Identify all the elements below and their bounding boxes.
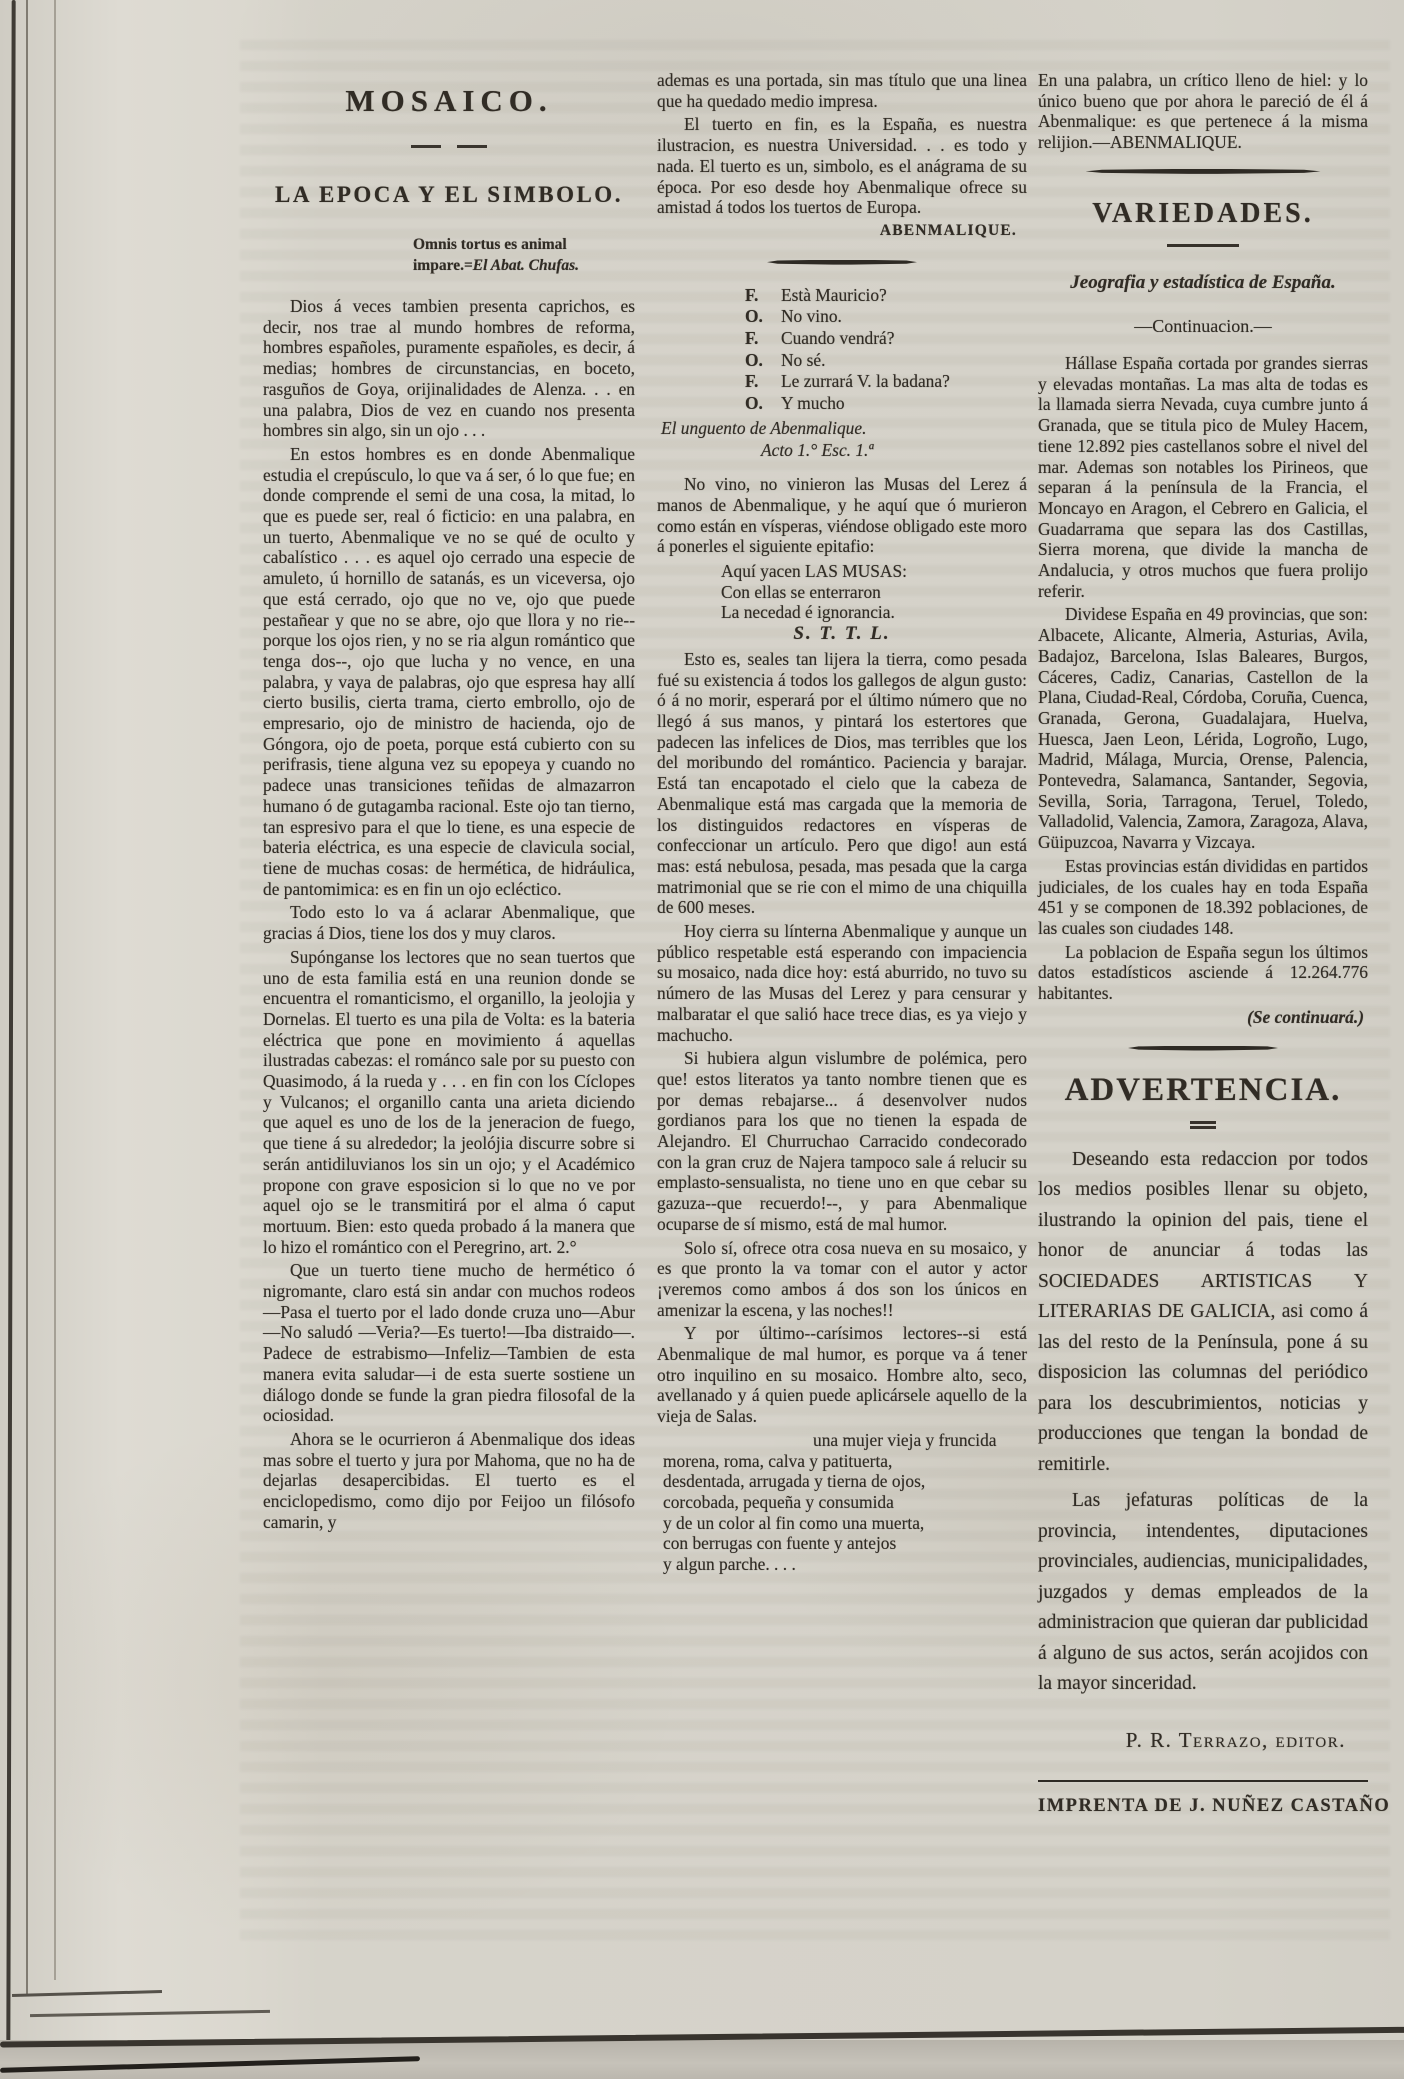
- epitaph-verse: Aquí yacen LAS MUSAS:Con ellas se enterr…: [721, 561, 1027, 623]
- column-middle: ademas es una portada, sin mas título qu…: [657, 70, 1027, 1575]
- ornament-rule: [1190, 1121, 1216, 1129]
- double-dash-rule: [404, 145, 494, 148]
- text-line: Con ellas se enterraron: [721, 582, 1027, 603]
- paragraph: Deseando esta redaccion por todos los me…: [1038, 1145, 1368, 1481]
- page-edge-left-3: [54, 0, 56, 1980]
- column-left: MOSAICO. LA EPOCA Y EL SIMBOLO. Omnis to…: [263, 84, 635, 1535]
- article-title-left: LA EPOCA Y EL SIMBOLO.: [263, 182, 635, 208]
- dialogue-text: Cuando vendrá?: [781, 328, 894, 348]
- paragraph: Esto es, seales tan lijera la tierra, co…: [657, 649, 1027, 918]
- signature-abenmalique: ABENMALIQUE.: [657, 221, 1017, 242]
- page-corner-step-2: [30, 2010, 270, 2017]
- dialogue-text: Y mucho: [781, 393, 845, 413]
- variedades-heading: VARIEDADES.: [1038, 198, 1368, 230]
- paragraph: Ahora se le ocurrieron á Abenmalique dos…: [263, 1429, 635, 1533]
- dialogue-line: O.No vino.: [745, 306, 1027, 327]
- text-line: La necedad é ignorancia.: [721, 602, 1027, 623]
- text-line: con berrugas con fuente y antejos: [663, 1533, 1027, 1554]
- paragraph: Solo sí, ofrece otra cosa nueva en su mo…: [657, 1238, 1027, 1321]
- column-right: En una palabra, un crítico lleno de hiel…: [1038, 70, 1368, 1817]
- dialogue-speaker: O.: [745, 306, 781, 327]
- to-be-continued: (Se continuará.): [1038, 1007, 1364, 1028]
- paragraph: Dividese España en 49 provincias, que so…: [1038, 604, 1368, 852]
- dialogue-line: O.Y mucho: [745, 393, 1027, 414]
- epitaph-intro: No vino, no vinieron las Musas del Lerez…: [657, 474, 1027, 557]
- ornamental-divider: [1086, 169, 1321, 174]
- article-body-left: Dios á veces tambien presenta caprichos,…: [263, 296, 635, 1532]
- satirical-verse: una mujer vieja y fruncidamorena, roma, …: [663, 1430, 1027, 1575]
- text-line: y de un color al fin como una muerta,: [663, 1513, 1027, 1534]
- paragraph: Hoy cierra su línterna Abenmalique y aun…: [657, 921, 1027, 1045]
- text-line: corcobada, pequeña y consumida: [663, 1492, 1027, 1513]
- dialogue-text: Està Mauricio?: [781, 285, 887, 305]
- paragraph: Dios á veces tambien presenta caprichos,…: [263, 296, 635, 441]
- dialogue-text: No sé.: [781, 350, 825, 370]
- dialogue-speaker: F.: [745, 371, 781, 392]
- paragraph: Hállase España cortada por grandes sierr…: [1038, 353, 1368, 601]
- article-body-middle-top: ademas es una portada, sin mas título qu…: [657, 70, 1027, 218]
- dialogue-speaker: O.: [745, 350, 781, 371]
- newspaper-page: MOSAICO. LA EPOCA Y EL SIMBOLO. Omnis to…: [0, 0, 1404, 2079]
- paragraph: ademas es una portada, sin mas título qu…: [657, 70, 1027, 111]
- paragraph: Las jefaturas políticas de la provincia,…: [1038, 1486, 1368, 1700]
- epigraph-line-1: Omnis tortus es animal: [413, 234, 635, 255]
- section-masthead: MOSAICO.: [263, 84, 635, 118]
- section-divider-2: [1128, 1046, 1278, 1051]
- imprint-line: IMPRENTA DE J. NUÑEZ CASTAÑO: [1038, 1796, 1368, 1817]
- dialogue-source-act: Acto 1.° Esc. 1.ª: [761, 440, 1027, 461]
- page-corner-step: [12, 1990, 162, 1997]
- dialogue-text: No vino.: [781, 306, 842, 326]
- paragraph: Todo esto lo va á aclarar Abenmalique, q…: [263, 902, 635, 943]
- dialogue-line: F.Cuando vendrá?: [745, 328, 1027, 349]
- paragraph: En estos hombres es en donde Abenmalique…: [263, 444, 635, 899]
- epigraph-line-2: impare.=El Abat. Chufas.: [413, 255, 635, 276]
- page-edge-left-2: [26, 0, 28, 1995]
- text-line: desdentada, arrugada y tierna de ojos,: [663, 1471, 1027, 1492]
- text-line: y algun parche. . . .: [663, 1554, 1027, 1575]
- dialogue-text: Le zurrará V. la badana?: [781, 371, 950, 391]
- dialogue-speaker: F.: [745, 285, 781, 306]
- epitaph-sttl: S. T. T. L.: [657, 624, 1027, 645]
- text-line: una mujer vieja y fruncida: [663, 1430, 1027, 1451]
- paragraph: La poblacion de España segun los últimos…: [1038, 942, 1368, 1004]
- dialogue-speaker: F.: [745, 328, 781, 349]
- paragraph: Si hubiera algun vislumbre de polémica, …: [657, 1048, 1027, 1234]
- dialogue-line: O.No sé.: [745, 350, 1027, 371]
- short-rule: [1167, 244, 1239, 248]
- paragraph: Que un tuerto tiene mucho de hermético ó…: [263, 1260, 635, 1426]
- text-line: morena, roma, calva y patituerta,: [663, 1451, 1027, 1472]
- advertencia-body: Deseando esta redaccion por todos los me…: [1038, 1145, 1368, 1700]
- page-edge-left: [6, 0, 15, 2045]
- dialogue-line: F.Le zurrará V. la badana?: [745, 371, 1027, 392]
- paragraph: Y por último--carísimos lectores--si est…: [657, 1323, 1027, 1427]
- paragraph: El tuerto en fin, es la España, es nuest…: [657, 114, 1027, 218]
- paragraph: Supónganse los lectores que no sean tuer…: [263, 947, 635, 1258]
- geography-article-body: Hállase España cortada por grandes sierr…: [1038, 353, 1368, 1004]
- imprint-rule: [1038, 1780, 1368, 1782]
- dialogue-line: F.Està Mauricio?: [745, 285, 1027, 306]
- section-divider: [767, 260, 917, 265]
- dialogue-block: F.Està Mauricio?O.No vino.F.Cuando vendr…: [745, 285, 1027, 414]
- paragraph: Estas provincias están divididas en part…: [1038, 856, 1368, 939]
- dialogue-speaker: O.: [745, 393, 781, 414]
- geography-article-title: Jeografia y estadística de España.: [1038, 271, 1368, 294]
- continuation-note: —Continuacion.—: [1038, 316, 1368, 337]
- advertencia-heading: ADVERTENCIA.: [1038, 1071, 1368, 1109]
- dialogue-source: El unguento de Abenmalique.: [661, 418, 1027, 439]
- text-line: Aquí yacen LAS MUSAS:: [721, 561, 1027, 582]
- article-body-middle: Esto es, seales tan lijera la tierra, co…: [657, 649, 1027, 1427]
- underlying-page: [0, 2040, 1404, 2079]
- epigraph: Omnis tortus es animal impare.=El Abat. …: [413, 234, 635, 276]
- editor-signature: P. R. Terrazo, editor.: [1038, 1730, 1346, 1751]
- closing-paragraph: En una palabra, un crítico lleno de hiel…: [1038, 70, 1368, 153]
